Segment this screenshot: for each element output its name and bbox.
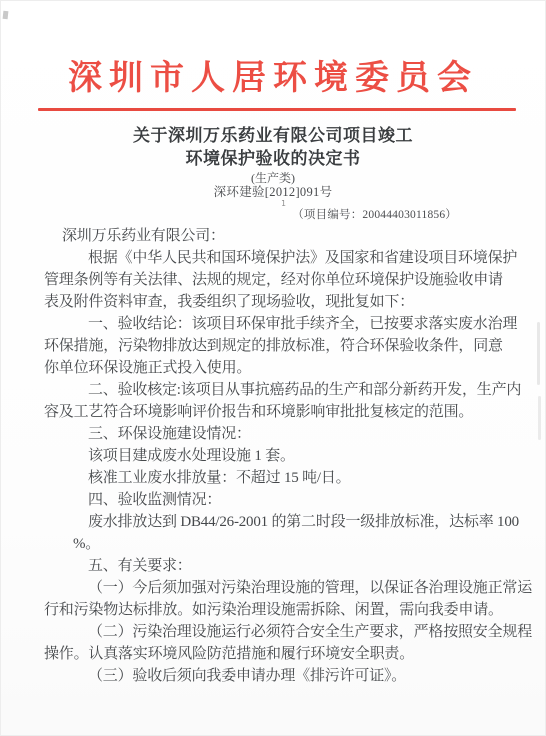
body-line: 深圳万乐药业有限公司： xyxy=(0,225,546,247)
body-line: 废水排放达到 DB44/26-2001 的第二时段一级排放标准，达标率 100 xyxy=(0,511,546,533)
body-line: （二）污染治理设施运行必须符合安全生产要求，严格按照安全规程 xyxy=(0,621,546,643)
body-line: 你单位环保设施正式投入使用。 xyxy=(0,357,546,379)
masthead-rule xyxy=(38,108,516,111)
document-title-line1: 关于深圳万乐药业有限公司项目竣工 xyxy=(0,124,546,148)
body-line: （一）今后须加强对污染治理设施的管理，以保证各治理设施正常运 xyxy=(0,577,546,599)
body-line: （三）验收后须向我委申请办理《排污许可证》。 xyxy=(0,665,546,687)
body-line: %。 xyxy=(0,533,546,555)
body-line: 五、有关要求： xyxy=(0,555,546,577)
scan-artifact-stray-mark: 1 xyxy=(281,199,286,208)
body-line: 容及工艺符合环境影响评价报告和环境影响审批批复核定的范围。 xyxy=(0,401,546,423)
document-number: 深环建验[2012]091号 xyxy=(0,184,546,200)
body-line: 管理条例等有关法律、法规的规定，经对你单位环境保护设施验收申请 xyxy=(0,269,546,291)
body-line: 行和污染物达标排放。如污染治理设施需拆除、闲置，需向我委申请。 xyxy=(0,599,546,621)
body-line: 操作。认真落实环境风险防范措施和履行环境安全职责。 xyxy=(0,643,546,665)
document-title-line2: 环境保护验收的决定书 xyxy=(0,147,546,171)
body-line: 四、验收监测情况： xyxy=(0,489,546,511)
body-line: 根据《中华人民共和国环境保护法》及国家和省建设项目环境保护 xyxy=(0,247,546,269)
body-line: 二、验收核定:该项目从事抗癌药品的生产和部分新药开发，生产内 xyxy=(0,379,546,401)
scan-artifact-streak xyxy=(538,396,541,440)
body-line: 一、验收结论：该项目环保审批手续齐全，已按要求落实废水治理 xyxy=(0,313,546,335)
scan-artifact-corner xyxy=(3,11,9,19)
body-line: 该项目建成废水处理设施 1 套。 xyxy=(0,445,546,467)
body-line: 环保措施，污染物排放达到规定的排放标准，符合环保验收条件，同意 xyxy=(0,335,546,357)
project-number: （项目编号：20044403011856） xyxy=(292,208,457,223)
body-line: 表及附件资料审查，我委组织了现场验收，现批复如下： xyxy=(0,291,546,313)
body-line: 三、环保设施建设情况： xyxy=(0,423,546,445)
scan-artifact-streak xyxy=(537,322,540,385)
masthead-org-name: 深圳市人居环境委员会 xyxy=(0,59,546,99)
body-line: 核准工业废水排放量：不超过 15 吨/日。 xyxy=(0,467,546,489)
document-body: 深圳万乐药业有限公司：根据《中华人民共和国环境保护法》及国家和省建设项目环境保护… xyxy=(0,225,546,687)
scanned-document-page: 深圳市人居环境委员会 关于深圳万乐药业有限公司项目竣工 环境保护验收的决定书 (… xyxy=(0,0,546,736)
